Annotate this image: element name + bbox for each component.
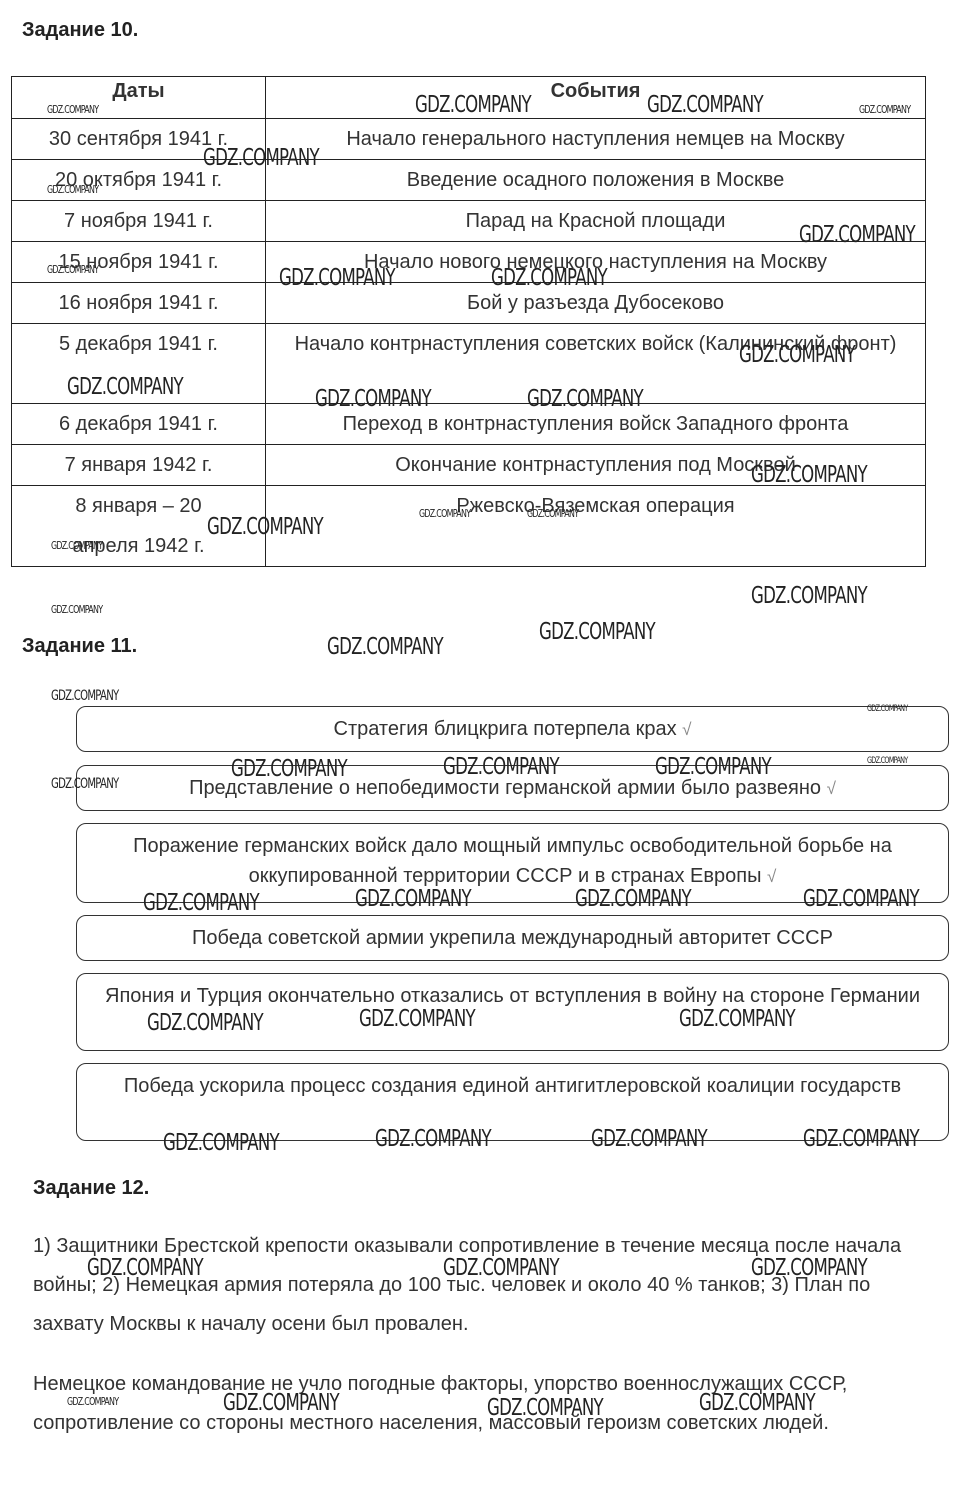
event-cell: Начало нового немецкого наступления на М…	[266, 242, 926, 283]
watermark: GDZ.COMPANY	[51, 603, 102, 616]
watermark: GDZ.COMPANY	[327, 634, 443, 660]
table-row: 8 января – 20 апреля 1942 г. Ржевско-Вяз…	[12, 486, 926, 567]
table-row: 16 ноября 1941 г. Бой у разъезда Дубосек…	[12, 283, 926, 324]
statement-box: Победа ускорила процесс создания единой …	[76, 1063, 949, 1141]
check-icon: √	[767, 867, 776, 886]
event-cell: Ржевско-Вяземская операция	[266, 486, 926, 567]
watermark: GDZ.COMPANY	[51, 688, 118, 704]
event-cell: Введение осадного положения в Москве	[266, 160, 926, 201]
event-cell: Начало контрнаступления советских войск …	[266, 324, 926, 404]
statement-text: Победа ускорила процесс создания единой …	[124, 1075, 901, 1097]
date-cell: 20 октября 1941 г.	[12, 160, 266, 201]
watermark: GDZ.COMPANY	[539, 619, 655, 645]
date-cell: 16 ноября 1941 г.	[12, 283, 266, 324]
statement-text: Победа советской армии укрепила междунар…	[192, 927, 833, 949]
header-dates: Даты	[12, 77, 266, 119]
date-cell: 30 сентября 1941 г.	[12, 119, 266, 160]
event-cell: Начало генерального наступления немцев н…	[266, 119, 926, 160]
date-cell: 8 января – 20 апреля 1942 г.	[12, 486, 266, 567]
answer-paragraph: 1) Защитники Брестской крепости оказывал…	[33, 1227, 913, 1344]
date-cell: 7 января 1942 г.	[12, 445, 266, 486]
table-row: 7 января 1942 г. Окончание контрнаступле…	[12, 445, 926, 486]
check-icon: √	[682, 720, 691, 739]
statement-text: Представление о непобедимости германской…	[189, 777, 821, 799]
header-events: События	[266, 77, 926, 119]
date-cell: 5 декабря 1941 г.	[12, 324, 266, 404]
statement-box: Победа советской армии укрепила междунар…	[76, 915, 949, 961]
event-cell: Окончание контрнаступления под Москвой	[266, 445, 926, 486]
table-row: 7 ноября 1941 г. Парад на Красной площад…	[12, 201, 926, 242]
statement-box: Поражение германских войск дало мощный и…	[76, 823, 949, 903]
statement-box: Стратегия блицкрига потерпела крах √	[76, 706, 949, 752]
statement-box: Представление о непобедимости германской…	[76, 765, 949, 811]
date-cell: 6 декабря 1941 г.	[12, 404, 266, 445]
task11-heading: Задание 11.	[22, 635, 137, 658]
statement-box: Япония и Турция окончательно отказались …	[76, 973, 949, 1051]
statement-text: Япония и Турция окончательно отказались …	[105, 985, 920, 1007]
table-row: 20 октября 1941 г. Введение осадного пол…	[12, 160, 926, 201]
table-header-row: Даты События	[12, 77, 926, 119]
table-row: 30 сентября 1941 г. Начало генерального …	[12, 119, 926, 160]
watermark: GDZ.COMPANY	[751, 583, 867, 609]
table-row: 6 декабря 1941 г. Переход в контрнаступл…	[12, 404, 926, 445]
date-cell: 7 ноября 1941 г.	[12, 201, 266, 242]
task12-heading: Задание 12.	[33, 1177, 149, 1200]
event-cell: Парад на Красной площади	[266, 201, 926, 242]
event-cell: Бой у разъезда Дубосеково	[266, 283, 926, 324]
event-cell: Переход в контрнаступления войск Западно…	[266, 404, 926, 445]
task10-heading: Задание 10.	[22, 19, 138, 42]
statement-text: Стратегия блицкрига потерпела крах	[334, 718, 677, 740]
table-row: 5 декабря 1941 г. Начало контрнаступлени…	[12, 324, 926, 404]
events-table: Даты События 30 сентября 1941 г. Начало …	[11, 76, 926, 567]
check-icon: √	[827, 779, 836, 798]
date-cell: 15 ноября 1941 г.	[12, 242, 266, 283]
statement-text: Поражение германских войск дало мощный и…	[133, 835, 892, 887]
table-row: 15 ноября 1941 г. Начало нового немецког…	[12, 242, 926, 283]
answer-paragraph: Немецкое командование не учло погодные ф…	[33, 1365, 913, 1443]
